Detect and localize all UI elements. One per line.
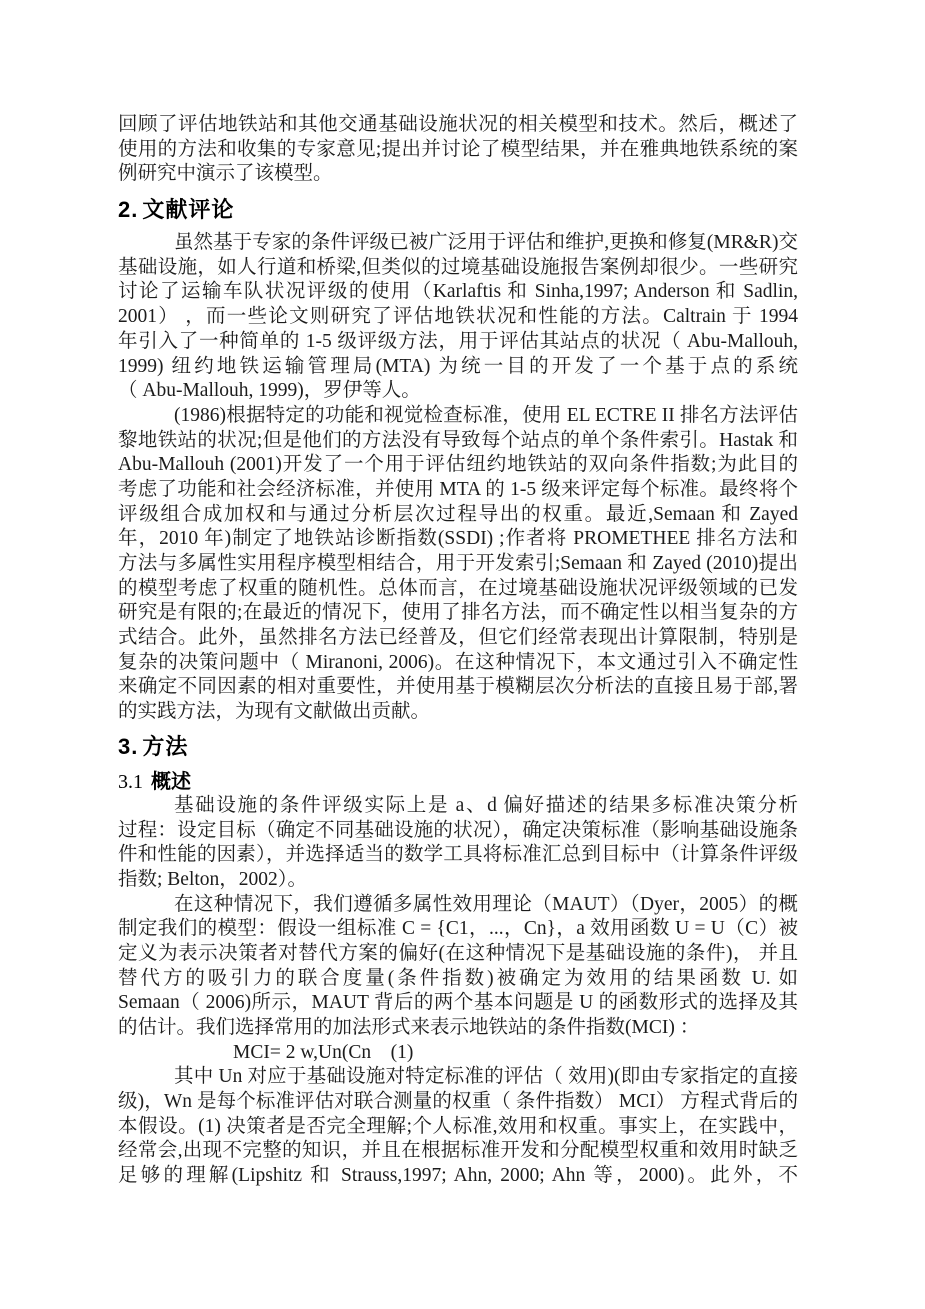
heading-text: 方法 xyxy=(142,734,188,759)
body-line: 基础设施，如人行道和桥梁,但类似的过境基础设施报告案例却很少。一些研究 xyxy=(118,256,798,281)
body-line: 2001） ，而一些论文则研究了评估地铁状况和性能的方法。Caltrain 于 … xyxy=(118,305,798,330)
body-line: 例研究中演示了该模型。 xyxy=(118,162,798,187)
body-line: 虽然基于专家的条件评级已被广泛用于评估和维护,更换和修复(MR&R)交通 xyxy=(118,231,798,256)
body-line: 1999) 纽约地铁运输管理局(MTA) 为统一目的开发了一个基于点的系统 xyxy=(118,355,798,380)
body-line: 制定我们的模型：假设一组标准 C = {C1，...，Cn}，a 效用函数 U … xyxy=(118,917,798,942)
body-paragraph: 其中 Un 对应于基础设施对特定标准的评估（ 效用)(即由专家指定的直接评级)，… xyxy=(118,1065,798,1188)
body-line: 方法与多属性实用程序模型相结合，用于开发索引;Semaan 和 Zayed (2… xyxy=(118,552,798,577)
subsection-heading-overview: 3.1概述 xyxy=(118,770,798,794)
body-line: 使用的方法和收集的专家意见;提出并讨论了模型结果，并在雅典地铁系统的案 xyxy=(118,138,798,163)
body-line: 的实践方法，为现有文献做出贡献。 xyxy=(118,700,798,725)
body-line: 指数; Belton，2002）。 xyxy=(118,868,798,893)
body-line: 评级组合成加权和与通过分析层次过程导出的权重。最近,Semaan 和 Zayed… xyxy=(118,503,798,528)
body-line: 本假设。(1) 决策者是否完全理解;个人标准,效用和权重。事实上，在实践中， xyxy=(118,1115,798,1140)
body-line: 讨论了运输车队状况评级的使用（Karlaftis 和 Sinha,1997; A… xyxy=(118,280,798,305)
body-paragraph: 虽然基于专家的条件评级已被广泛用于评估和维护,更换和修复(MR&R)交通基础设施… xyxy=(118,231,798,404)
body-line: 来确定不同因素的相对重要性，并使用基于模糊层次分析法的直接且易于部,署 xyxy=(118,675,798,700)
body-line: Abu-Mallouh (2001)开发了一个用于评估纽约地铁站的双向条件指数;… xyxy=(118,453,798,478)
heading-number: 3. xyxy=(118,734,138,759)
body-line: 足够的理解(Lipshitz 和 Strauss,1997; Ahn, 2000… xyxy=(118,1164,798,1189)
body-paragraph: 回顾了评估地铁站和其他交通基础设施状况的相关模型和技术。然后，概述了所使用的方法… xyxy=(118,113,798,187)
body-paragraph: 基础设施的条件评级实际上是 a、d 偏好描述的结果多标准决策分析（MCDA）过程… xyxy=(118,794,798,893)
equation-line-mci: MCI= 2 w,Un(Cn (1) xyxy=(118,1041,798,1066)
body-paragraph: (1986)根据特定的功能和视觉检查标准，使用 EL ECTRE II 排名方法… xyxy=(118,404,798,725)
body-line: 其中 Un 对应于基础设施对特定标准的评估（ 效用)(即由专家指定的直接评 xyxy=(118,1065,798,1090)
body-line: 黎地铁站的状况;但是他们的方法没有导致每个站点的单个条件索引。Hastak 和 xyxy=(118,429,798,454)
body-line: 的估计。我们选择常用的加法形式来表示地铁站的条件指数(MCI) ： xyxy=(118,1016,798,1041)
heading-text: 概述 xyxy=(151,771,191,793)
section-heading-methods: 3.方法 xyxy=(118,734,798,760)
body-line: 回顾了评估地铁站和其他交通基础设施状况的相关模型和技术。然后，概述了所 xyxy=(118,113,798,138)
body-line: （ Abu-Mallouh, 1999)，罗伊等人。 xyxy=(118,379,798,404)
body-line: 替代方的吸引力的联合度量(条件指数)被确定为效用的结果函数 U. 如 xyxy=(118,967,798,992)
heading-number: 3.1 xyxy=(118,771,143,793)
body-line: 定义为表示决策者对替代方案的偏好(在这种情况下是基础设施的条件)， 并且 xyxy=(118,942,798,967)
body-line: 年引入了一种简单的 1-5 级评级方法，用于评估其站点的状况（ Abu-Mall… xyxy=(118,330,798,355)
body-line: 复杂的决策问题中（ Miranoni, 2006)。在这种情况下，本文通过引入不… xyxy=(118,651,798,676)
body-line: 的模型考虑了权重的随机性。总体而言，在过境基础设施状况评级领域的已发表 xyxy=(118,577,798,602)
body-line: 级)，Wn 是每个标准评估对联合测量的权重（ 条件指数） MCI） 方程式背后的… xyxy=(118,1090,798,1115)
document-page: 回顾了评估地铁站和其他交通基础设施状况的相关模型和技术。然后，概述了所使用的方法… xyxy=(0,0,925,1309)
text-column: 回顾了评估地铁站和其他交通基础设施状况的相关模型和技术。然后，概述了所使用的方法… xyxy=(118,113,798,1189)
body-line: 研究是有限的;在最近的情况下，使用了排名方法，而不确定性以相当复杂的方 xyxy=(118,601,798,626)
body-line: Semaan（ 2006)所示，MAUT 背后的两个基本问题是 U 的函数形式的… xyxy=(118,991,798,1016)
body-line: 基础设施的条件评级实际上是 a、d 偏好描述的结果多标准决策分析（MCDA） xyxy=(118,794,798,819)
body-line: (1986)根据特定的功能和视觉检查标准，使用 EL ECTRE II 排名方法… xyxy=(118,404,798,429)
heading-text: 文献评论 xyxy=(142,197,234,222)
body-line: 经常会,出现不完整的知识，并且在根据标准开发和分配模型权重和效用时缺乏 xyxy=(118,1139,798,1164)
section-heading-literature-review: 2.文献评论 xyxy=(118,197,798,223)
heading-number: 2. xyxy=(118,197,138,222)
body-line: 件和性能的因素），并选择适当的数学工具将标准汇总到目标中（计算条件评级 xyxy=(118,843,798,868)
body-line: 过程：设定目标（确定不同基础设施的状况），确定决策标准（影响基础设施条 xyxy=(118,819,798,844)
body-line: 式结合。此外，虽然排名方法已经普及，但它们经常表现出计算限制，特别是在 xyxy=(118,626,798,651)
body-line: 年，2010 年)制定了地铁站诊断指数(SSDI) ;作者将 PROMETHEE… xyxy=(118,527,798,552)
body-line: 在这种情况下，我们遵循多属性效用理论（MAUT）（Dyer，2005）的概念来 xyxy=(118,893,798,918)
body-line: 考虑了功能和社会经济标准，并使用 MTA 的 1-5 级来评定每个标准。最终将个… xyxy=(118,478,798,503)
body-paragraph: 在这种情况下，我们遵循多属性效用理论（MAUT）（Dyer，2005）的概念来制… xyxy=(118,893,798,1041)
